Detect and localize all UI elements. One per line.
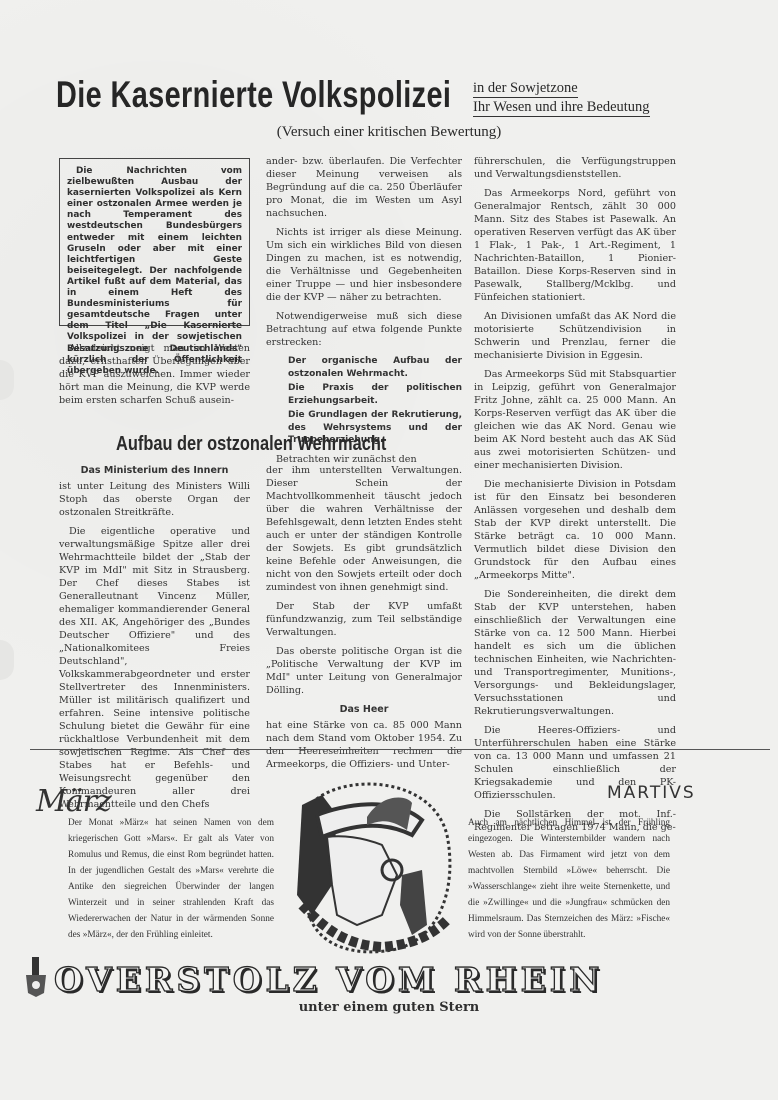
brand-wordmark: OVERSTOLZ VOM RHEIN [54,960,603,999]
brand-slogan: unter einem guten Stern [0,1000,778,1015]
paragraph: führerschulen, die Verfügungstruppen und… [474,155,676,181]
paragraph: An Divisionen umfaßt das AK Nord die mot… [474,310,676,362]
paragraph: Die Sondereinheiten, die direkt dem Stab… [474,588,676,718]
paragraph: Die mechanisierte Division in Potsdam is… [474,478,676,582]
section-heading: Aufbau der ostzonalen Wehrmacht [116,433,362,456]
list-item: Die Praxis der politischen Erziehungsarb… [288,382,462,407]
column-3: führerschulen, die Verfügungstruppen und… [474,155,676,840]
punch-hole [0,360,14,400]
paragraph: ander- bzw. überlaufen. Die Verfechter d… [266,155,462,220]
crest-icon [22,955,50,999]
article-tagline: (Versuch einer kritischen Bewertung) [0,124,778,141]
paragraph: ist unter Leitung des Ministers Willi St… [59,480,250,519]
paragraph: Der Stab der KVP umfaßt fünfundzwanzig, … [266,600,462,639]
article-subtitle-1: in der Sowjetzone [473,80,578,98]
paragraph: Nichts ist irriger als diese Meinung. Um… [266,226,462,304]
paragraph: Die eigentliche operative und verwaltung… [59,525,250,811]
column-1-bottom: Das Ministerium des Innern ist unter Lei… [59,464,250,817]
document-page: Die Kasernierte Volkspolizei in der Sowj… [0,0,778,1100]
article-title: Die Kasernierte Volkspolizei [56,74,451,116]
paragraph: hat eine Stärke von ca. 85 000 Mann nach… [266,719,462,771]
ad-month-title: März [36,784,111,819]
paragraph: Das oberste politische Organ ist die „Po… [266,645,462,697]
paragraph: Das Armeekorps Süd mit Stabsquartier in … [474,368,676,472]
article-subtitle-2: Ihr Wesen und ihre Bedeutung [473,99,650,117]
mars-helmet-icon [282,775,472,965]
ad-right-text: Auch am nächtlichen Himmel ist der Frühl… [468,815,670,943]
column-1-top: Allzuleicht neigt man im Westen dazu, er… [59,342,250,413]
divider [30,749,770,750]
punch-hole [0,640,14,680]
ad-latin-title: MARTIVS [607,783,696,803]
column-2-top: ander- bzw. überlaufen. Die Verfechter d… [266,155,462,472]
intro-box: Die Nachrichten vom zielbewußten Ausbau … [59,158,250,326]
subheading-ministerium: Das Ministerium des Innern [59,464,250,477]
paragraph: Notwendigerweise muß sich diese Betracht… [266,310,462,349]
ad-left-text: Der Monat »März« hat seinen Namen von de… [68,815,274,943]
list-item: Der organische Aufbau der ostzonalen Weh… [288,355,462,380]
paragraph: Das Armeekorps Nord, geführt von General… [474,187,676,304]
column-2-bottom: der ihm unterstellten Verwaltungen. Dies… [266,464,462,777]
paragraph: der ihm unterstellten Verwaltungen. Dies… [266,464,462,594]
subheading-heer: Das Heer [266,703,462,716]
paragraph: Allzuleicht neigt man im Westen dazu, er… [59,342,250,407]
